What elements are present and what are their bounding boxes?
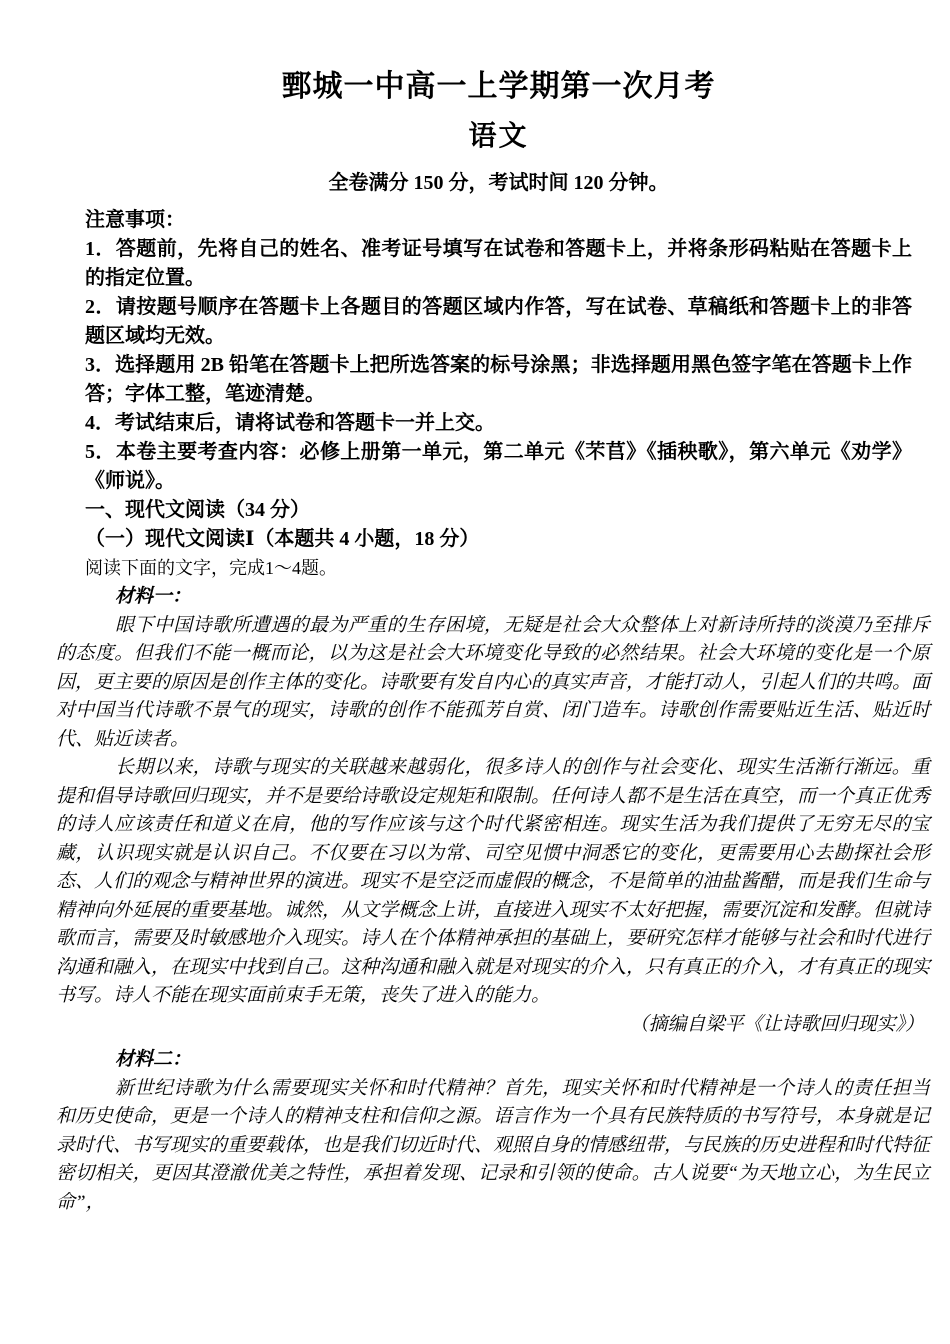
material-one-paragraph-1: 眼下中国诗歌所遭遇的最为严重的生存困境，无疑是社会大众整体上对新诗所持的淡漠乃至… (56, 612, 930, 755)
notice-item-2: 2．请按题号顺序在答题卡上各题目的答题区域内作答，写在试卷、草稿纸和答题卡上的非… (85, 293, 912, 351)
subject-title: 语文 (85, 120, 912, 154)
exam-title: 鄄城一中高一上学期第一次月考 (85, 68, 912, 105)
material-two-paragraph-1: 新世纪诗歌为什么需要现实关怀和时代精神？首先，现实关怀和时代精神是一个诗人的责任… (56, 1075, 930, 1218)
notice-item-1: 1．答题前，先将自己的姓名、准考证号填写在试卷和答题卡上，并将条形码粘贴在答题卡… (85, 235, 912, 293)
subsection-heading-reading-one: （一）现代文阅读Ⅰ（本题共 4 小题，18 分） (85, 525, 912, 554)
material-two-block: 材料二： 新世纪诗歌为什么需要现实关怀和时代精神？首先，现实关怀和时代精神是一个… (56, 1046, 930, 1217)
material-one-label: 材料一： (56, 583, 930, 612)
notice-item-5: 5．本卷主要考查内容：必修上册第一单元，第二单元《芣苢》《插秧歌》，第六单元《劝… (85, 438, 912, 496)
notice-item-4: 4．考试结束后，请将试卷和答题卡一并上交。 (85, 409, 912, 438)
exam-paper-page: 鄄城一中高一上学期第一次月考 语文 全卷满分 150 分，考试时间 120 分钟… (0, 0, 950, 1344)
notice-heading: 注意事项： (85, 206, 912, 235)
material-two-label: 材料二： (56, 1046, 930, 1075)
notice-item-3: 3．选择题用 2B 铅笔在答题卡上把所选答案的标号涂黑；非选择题用黑色签字笔在答… (85, 351, 912, 409)
section-heading-modern-reading: 一、现代文阅读（34 分） (85, 496, 912, 525)
material-one-block: 材料一： 眼下中国诗歌所遭遇的最为严重的生存困境，无疑是社会大众整体上对新诗所持… (56, 583, 930, 1039)
exam-info: 全卷满分 150 分，考试时间 120 分钟。 (85, 169, 912, 198)
material-one-attribution: （摘编自梁平《让诗歌回归现实》） (56, 1011, 930, 1040)
reading-instruction: 阅读下面的文字，完成1～4题。 (85, 554, 912, 583)
material-one-paragraph-2: 长期以来，诗歌与现实的关联越来越弱化，很多诗人的创作与社会变化、现实生活渐行渐远… (56, 754, 930, 1011)
